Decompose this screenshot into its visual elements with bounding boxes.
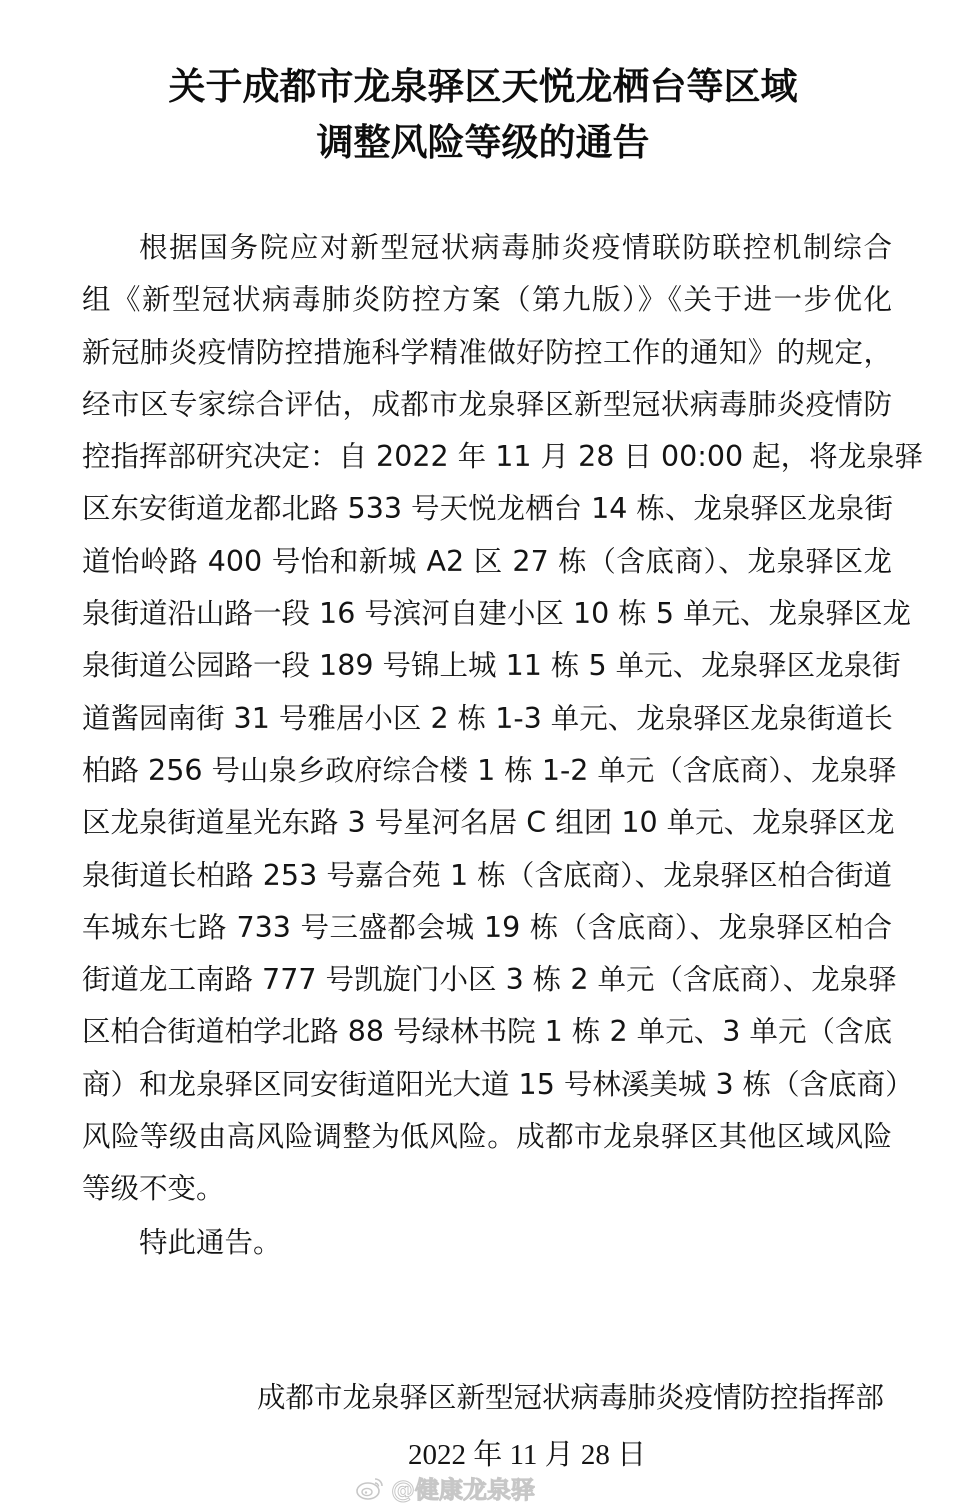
- body-line: 泉街道长柏路 253 号嘉合苑 1 栋（含底商）、龙泉驿区柏合街道: [82, 850, 892, 902]
- weibo-watermark: @健康龙泉驿: [355, 1470, 535, 1505]
- body-line: 泉街道沿山路一段 16 号滨河自建小区 10 栋 5 单元、龙泉驿区龙: [82, 588, 892, 640]
- body-line: 风险等级由高风险调整为低风险。成都市龙泉驿区其他区域风险: [82, 1111, 892, 1163]
- body-line: 区东安街道龙都北路 533 号天悦龙栖台 14 栋、龙泉驿区龙泉街: [82, 483, 892, 535]
- body-line: 道酱园南街 31 号雅居小区 2 栋 1-3 单元、龙泉驿区龙泉街道长: [82, 693, 892, 745]
- issue-date: 2022 年 11 月 28 日: [408, 1432, 646, 1473]
- body-line: 控指挥部研究决定：自 2022 年 11 月 28 日 00:00 起，将龙泉驿: [82, 431, 892, 483]
- weibo-icon: [355, 1475, 385, 1501]
- body-line: 区柏合街道柏学北路 88 号绿林书院 1 栋 2 单元、3 单元（含底: [82, 1006, 892, 1058]
- body-line: 区龙泉街道星光东路 3 号星河名居 C 组团 10 单元、龙泉驿区龙: [82, 797, 892, 849]
- notice-body: 根据国务院应对新型冠状病毒肺炎疫情联防联控机制综合 组《新型冠状病毒肺炎防控方案…: [82, 222, 892, 1216]
- body-line: 柏路 256 号山泉乡政府综合楼 1 栋 1-2 单元（含底商）、龙泉驿: [82, 745, 892, 797]
- body-line: 组《新型冠状病毒肺炎防控方案（第九版）》《关于进一步优化: [82, 274, 892, 326]
- body-line: 商）和龙泉驿区同安街道阳光大道 15 号林溪美城 3 栋（含底商）: [82, 1059, 892, 1111]
- body-line: 道怡岭路 400 号怡和新城 A2 区 27 栋（含底商）、龙泉驿区龙: [82, 536, 892, 588]
- notice-title-line-2: 调整风险等级的通告: [0, 112, 966, 166]
- notice-title-line-1: 关于成都市龙泉驿区天悦龙栖台等区域: [0, 56, 966, 110]
- body-line: 车城东七路 733 号三盛都会城 19 栋（含底商）、龙泉驿区柏合: [82, 902, 892, 954]
- body-line: 等级不变。: [82, 1163, 892, 1215]
- watermark-text: @健康龙泉驿: [391, 1470, 535, 1505]
- issuer-signature: 成都市龙泉驿区新型冠状病毒肺炎疫情防控指挥部: [257, 1375, 884, 1416]
- body-line: 根据国务院应对新型冠状病毒肺炎疫情联防联控机制综合: [82, 222, 892, 274]
- body-line: 新冠肺炎疫情防控措施科学精准做好防控工作的通知》的规定，: [82, 327, 892, 379]
- body-line: 泉街道公园路一段 189 号锦上城 11 栋 5 单元、龙泉驿区龙泉街: [82, 640, 892, 692]
- body-line: 街道龙工南路 777 号凯旋门小区 3 栋 2 单元（含底商）、龙泉驿: [82, 954, 892, 1006]
- closing-statement: 特此通告。: [139, 1220, 282, 1261]
- body-line: 经市区专家综合评估，成都市龙泉驿区新型冠状病毒肺炎疫情防: [82, 379, 892, 431]
